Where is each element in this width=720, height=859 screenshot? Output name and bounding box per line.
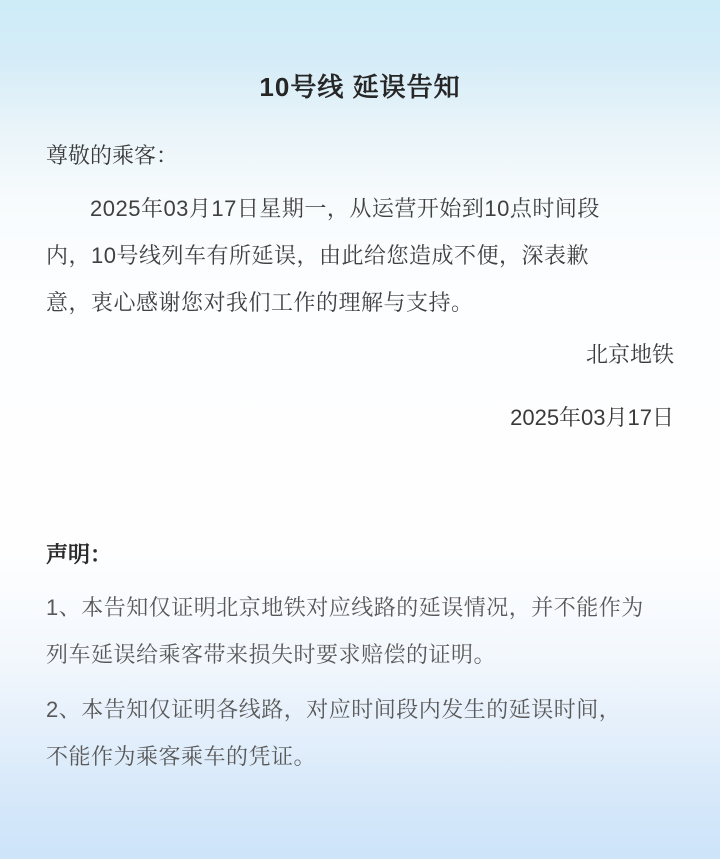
signature-organization: 北京地铁 [46,340,674,370]
statement-line: 不能作为乘客乘车的凭证。 [46,733,674,780]
statement-line: 2、本告知仅证明各线路，对应时间段内发生的延误时间， [46,686,674,733]
body-line: 2025年03月17日星期一，从运营开始到10点时间段 [46,185,674,232]
statement-heading: 声明： [46,540,674,570]
notice-title: 10号线 延误告知 [46,0,674,108]
salutation: 尊敬的乘客： [46,141,674,171]
notice-date: 2025年03月17日 [46,403,674,433]
statement-item-1: 1、本告知仅证明北京地铁对应线路的延误情况，并不能作为 列车延误给乘客带来损失时… [46,584,674,678]
statement-line: 1、本告知仅证明北京地铁对应线路的延误情况，并不能作为 [46,584,674,631]
body-line: 内，10号线列车有所延误，由此给您造成不便，深表歉 [46,232,674,279]
body-line: 意，衷心感谢您对我们工作的理解与支持。 [46,279,674,326]
delay-notice-page: 10号线 延误告知 尊敬的乘客： 2025年03月17日星期一，从运营开始到10… [0,0,720,859]
statement-line: 列车延误给乘客带来损失时要求赔偿的证明。 [46,631,674,678]
notice-body: 2025年03月17日星期一，从运营开始到10点时间段 内，10号线列车有所延误… [46,185,674,326]
statement-item-2: 2、本告知仅证明各线路，对应时间段内发生的延误时间， 不能作为乘客乘车的凭证。 [46,686,674,780]
